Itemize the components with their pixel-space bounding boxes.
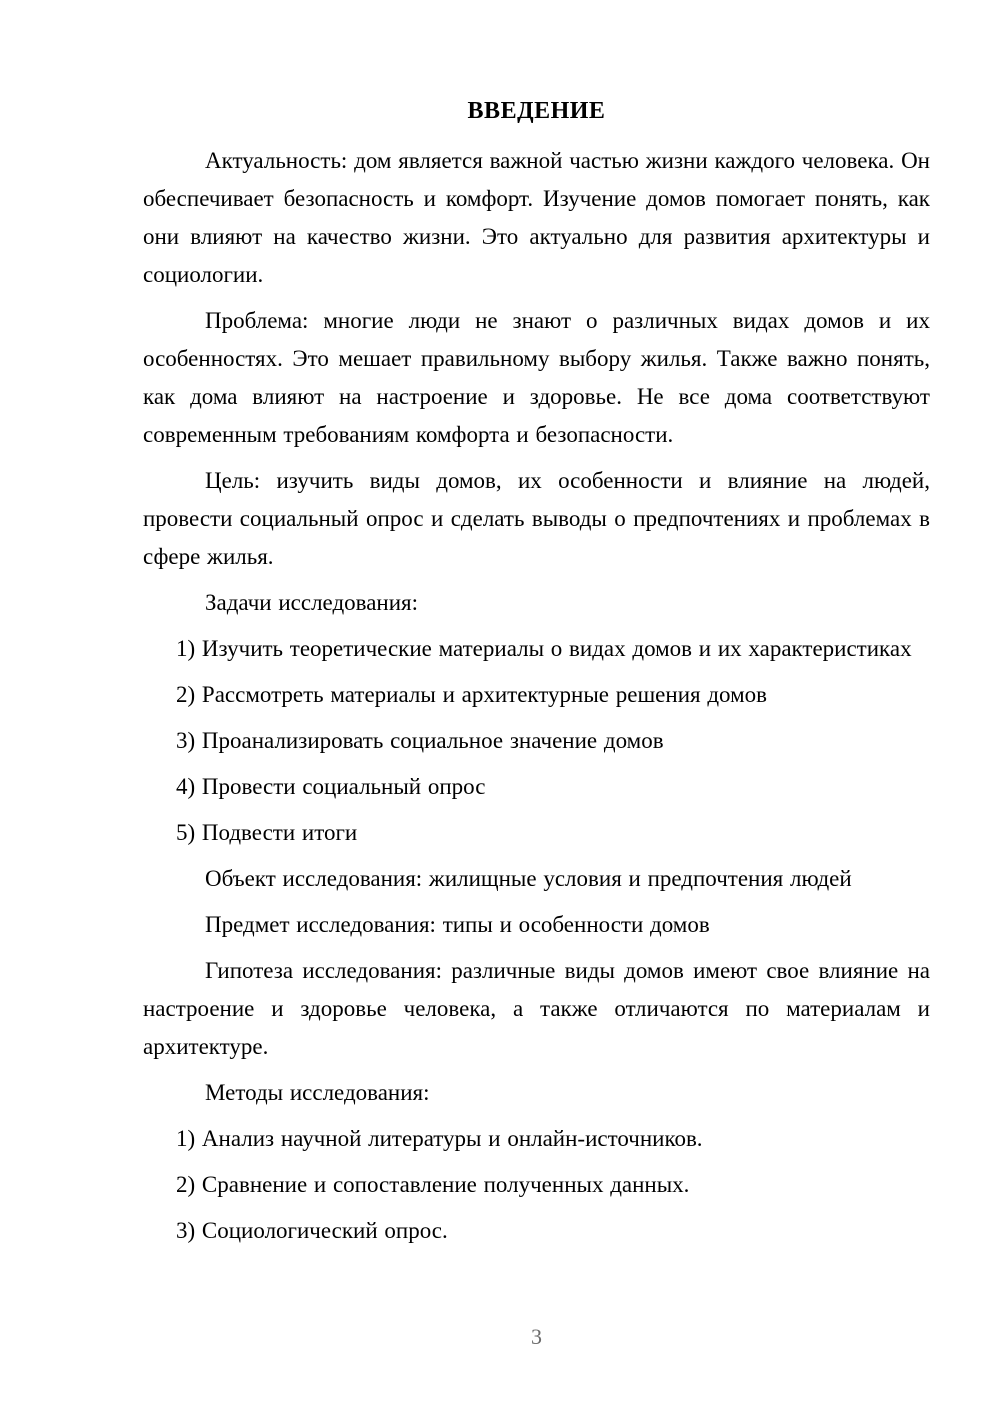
task-item-1: 1) Изучить теоретические материалы о вид… [143,630,930,668]
document-page: ВВЕДЕНИЕ Актуальность: дом является важн… [0,0,1000,1414]
paragraph-hypothesis: Гипотеза исследования: различные виды до… [143,952,930,1066]
method-item-2: 2) Сравнение и сопоставление полученных … [143,1166,930,1204]
paragraph-subject: Предмет исследования: типы и особенности… [143,906,930,944]
task-item-3: 3) Проанализировать социальное значение … [143,722,930,760]
task-item-5: 5) Подвести итоги [143,814,930,852]
paragraph-goal: Цель: изучить виды домов, их особенности… [143,462,930,576]
paragraph-problem: Проблема: многие люди не знают о различн… [143,302,930,454]
paragraph-object: Объект исследования: жилищные условия и … [143,860,930,898]
method-item-3: 3) Социологический опрос. [143,1212,930,1250]
document-body: ВВЕДЕНИЕ Актуальность: дом является важн… [143,92,930,1258]
task-item-4: 4) Провести социальный опрос [143,768,930,806]
document-title: ВВЕДЕНИЕ [143,92,930,130]
paragraph-relevance: Актуальность: дом является важной частью… [143,142,930,294]
page-number: 3 [143,1322,930,1352]
tasks-heading: Задачи исследования: [143,584,930,622]
task-item-2: 2) Рассмотреть материалы и архитектурные… [143,676,930,714]
methods-heading: Методы исследования: [143,1074,930,1112]
method-item-1: 1) Анализ научной литературы и онлайн-ис… [143,1120,930,1158]
